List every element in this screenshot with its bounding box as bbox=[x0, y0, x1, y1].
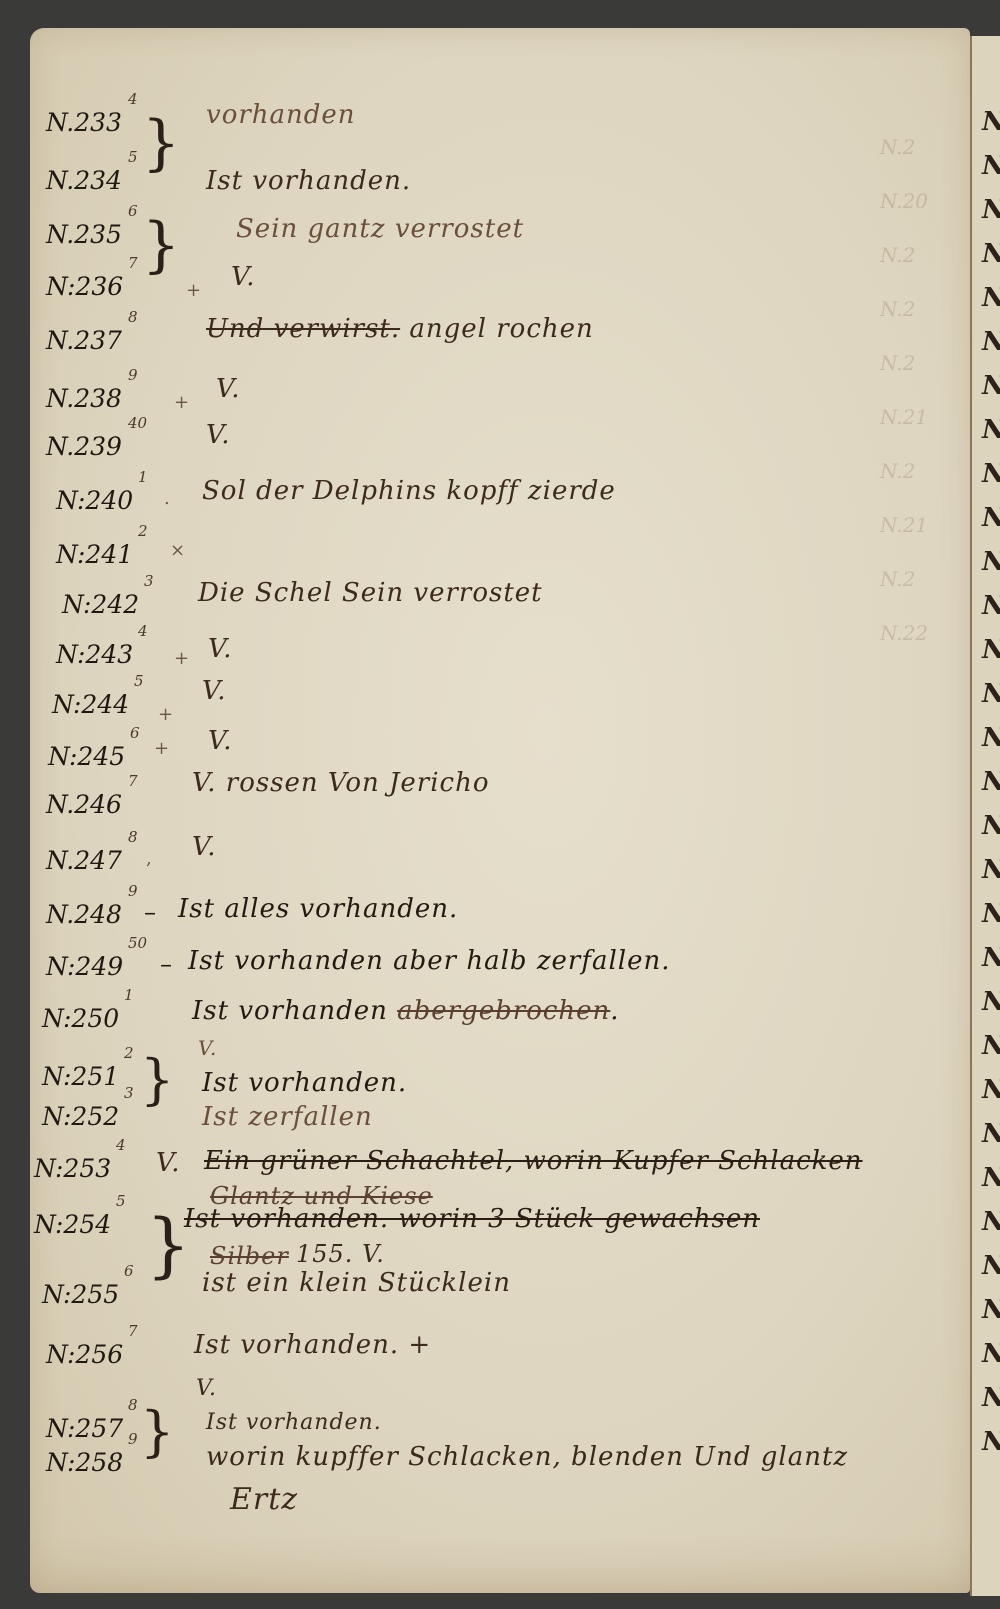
entry-text: Sol der Delphins kopff zierde bbox=[202, 476, 616, 506]
ledger-entry: N:243 4 + V. bbox=[56, 640, 956, 680]
entry-number: N.247 bbox=[46, 846, 156, 875]
entry-correction: 3 bbox=[144, 572, 154, 590]
ledger-entry: N:236 7 + V. bbox=[46, 272, 946, 312]
entry-number: N:245 bbox=[48, 742, 158, 771]
entry-text: Ist vorhanden bbox=[192, 996, 388, 1026]
entry-number: N:250 bbox=[42, 1004, 152, 1033]
entry-mark: , bbox=[146, 848, 152, 869]
entry-text: V. bbox=[231, 262, 256, 292]
ledger-entry: N.234 5 Ist vorhanden. bbox=[46, 166, 946, 206]
entry-number: N:253 bbox=[34, 1154, 144, 1183]
entry-correction: 8 bbox=[128, 828, 138, 846]
struck-text: Silber bbox=[210, 1242, 289, 1270]
ledger-entry: N:244 5 + V. bbox=[52, 690, 952, 730]
struck-text: Und verwirst. bbox=[206, 314, 400, 344]
entry-number: N.234 bbox=[46, 166, 156, 195]
entry-correction: 9 bbox=[128, 1430, 138, 1448]
entry-number: N:258 bbox=[46, 1448, 156, 1477]
entry-text: V. bbox=[202, 676, 227, 706]
entry-mark: + bbox=[174, 648, 189, 669]
entry-correction: 1 bbox=[124, 986, 134, 1004]
entry-text: ist ein klein Stücklein bbox=[202, 1268, 511, 1298]
entry-number: N:244 bbox=[52, 690, 162, 719]
entry-above-mark: V. bbox=[198, 1036, 217, 1060]
entry-correction: 5 bbox=[134, 672, 144, 690]
entry-correction: 2 bbox=[124, 1044, 134, 1062]
entry-text: V. bbox=[216, 374, 241, 404]
entry-text: Ist alles vorhanden. bbox=[178, 894, 458, 924]
entry-text-continuation: Ertz bbox=[230, 1482, 298, 1517]
entry-above-mark: V. bbox=[196, 1376, 217, 1401]
entry-text: V. bbox=[206, 420, 231, 450]
entry-correction: 4 bbox=[138, 622, 148, 640]
entry-mark: – bbox=[144, 898, 156, 926]
ledger-entry: N:242 3 Die Schel Sein verrostet bbox=[62, 590, 962, 630]
entry-correction: 9 bbox=[128, 882, 138, 900]
entry-number: N:254 bbox=[34, 1210, 144, 1239]
entry-number: N:255 bbox=[42, 1280, 152, 1309]
ledger-entry: N:249 50 – Ist vorhanden aber halb zerfa… bbox=[46, 952, 946, 992]
entry-correction: 5 bbox=[116, 1192, 126, 1210]
struck-text: Ist vorhanden. worin 3 Stück gewachsen bbox=[184, 1204, 760, 1234]
entry-mark: . bbox=[164, 488, 170, 509]
entry-number: N:243 bbox=[56, 640, 166, 669]
entry-text: V. bbox=[208, 726, 233, 756]
entry-number: N:256 bbox=[46, 1340, 156, 1369]
entry-correction: 6 bbox=[128, 202, 138, 220]
entry-correction: 9 bbox=[128, 366, 138, 384]
entry-number: N:242 bbox=[62, 590, 172, 619]
entry-correction: 7 bbox=[128, 772, 138, 790]
ledger-entry: N:252 3 Ist zerfallen bbox=[42, 1102, 942, 1142]
entry-correction: 3 bbox=[124, 1084, 134, 1102]
entry-correction: 8 bbox=[128, 308, 138, 326]
ledger-entry: N.239 40 V. bbox=[46, 432, 946, 472]
entry-number: N.246 bbox=[46, 790, 156, 819]
ledger-entry: N:256 7 Ist vorhanden. + bbox=[46, 1340, 946, 1380]
entry-correction: 6 bbox=[130, 724, 140, 742]
entry-number: N.233 bbox=[46, 108, 156, 137]
ledger-entry: N:255 6 ist ein klein Stücklein bbox=[42, 1280, 942, 1320]
entry-text: Sein gantz verrostet bbox=[236, 214, 524, 244]
entry-text: Ist vorhanden. bbox=[202, 1068, 407, 1098]
ledger-entry: N:253 4 V. Ein grüner Schachtel, worin K… bbox=[34, 1154, 934, 1194]
entry-text-line: Und verwirst. angel rochen bbox=[206, 314, 594, 344]
entry-number: N:241 bbox=[56, 540, 166, 569]
entry-correction: 6 bbox=[124, 1262, 134, 1280]
entry-text: Die Schel Sein verrostet bbox=[198, 578, 543, 608]
entry-text: worin kupffer Schlacken, blenden Und gla… bbox=[206, 1442, 848, 1472]
entry-mark: + bbox=[158, 704, 173, 725]
entry-correction: 4 bbox=[116, 1136, 126, 1154]
bracket: } bbox=[142, 210, 180, 280]
ledger-entry: N.248 9 – Ist alles vorhanden. bbox=[46, 900, 946, 940]
entry-text: angel rochen bbox=[409, 314, 593, 344]
entry-correction: 40 bbox=[128, 414, 147, 432]
entry-text-line: Ist vorhanden abergebrochen. bbox=[192, 996, 620, 1026]
struck-text: abergebrochen bbox=[397, 996, 610, 1026]
bracket: } bbox=[142, 108, 180, 178]
entry-number: N.239 bbox=[46, 432, 156, 461]
entry-text: Ist vorhanden. bbox=[206, 1410, 382, 1435]
ledger-entry: N:241 2 × bbox=[56, 540, 956, 580]
entry-correction: 50 bbox=[128, 934, 147, 952]
ledger-entry: N.246 7 V. rossen Von Jericho bbox=[46, 790, 946, 830]
entry-number: N:240 bbox=[56, 486, 166, 515]
entry-text: Ist vorhanden. bbox=[206, 166, 411, 196]
ledger-entry: N.237 8 Und verwirst. angel rochen bbox=[46, 326, 946, 366]
show-through-text: N.2N.20N.2N.2N.2N.21N.2N.21N.2N.22 bbox=[880, 120, 960, 660]
entry-mark: + bbox=[174, 392, 189, 413]
entry-correction: 2 bbox=[138, 522, 148, 540]
entry-number: N.238 bbox=[46, 384, 156, 413]
ledger-entry: N.233 4 vorhanden bbox=[46, 108, 946, 148]
adjacent-page-marks: NNNNNNNNNNNNNNNNNNNNNNNNNNNNNNN bbox=[982, 100, 1000, 1464]
entry-number: N:236 bbox=[46, 272, 156, 301]
ledger-entry: N:250 1 Ist vorhanden abergebrochen. bbox=[42, 1004, 942, 1044]
entry-mark: × bbox=[170, 540, 185, 561]
entry-number: N.235 bbox=[46, 220, 156, 249]
ledger-entry: N:245 6 + V. bbox=[48, 742, 948, 782]
ledger-entry: N:258 9 worin kupffer Schlacken, blenden… bbox=[46, 1448, 946, 1488]
bracket: } bbox=[146, 1204, 191, 1286]
entry-correction: 7 bbox=[128, 1322, 138, 1340]
entry-text: V. bbox=[208, 634, 233, 664]
entry-mark: + bbox=[186, 280, 201, 301]
entry-correction: 8 bbox=[128, 1396, 138, 1414]
entry-number: N:249 bbox=[46, 952, 156, 981]
entry-text: Ist vorhanden. + bbox=[194, 1330, 431, 1360]
entry-number: N:252 bbox=[42, 1102, 152, 1131]
ledger-entry: N:240 1 . Sol der Delphins kopff zierde bbox=[56, 486, 956, 526]
ledger-entry: N:251 2 V. Ist vorhanden. bbox=[42, 1062, 942, 1102]
entry-number: N.237 bbox=[46, 326, 156, 355]
entry-text: V. rossen Von Jericho bbox=[192, 768, 490, 798]
entry-number: N.248 bbox=[46, 900, 156, 929]
entry-number: N:251 bbox=[42, 1062, 152, 1091]
entry-text: Ist zerfallen bbox=[202, 1102, 373, 1132]
entry-text: V. bbox=[156, 1148, 181, 1178]
entry-text: vorhanden bbox=[206, 100, 356, 130]
struck-text: Ein grüner Schachtel, worin Kupfer Schla… bbox=[204, 1146, 863, 1176]
ledger-entry: N.235 6 Sein gantz verrostet bbox=[46, 220, 946, 260]
entry-correction: 4 bbox=[128, 90, 138, 108]
manuscript-page: N.233 4 vorhanden N.234 5 Ist vorhanden.… bbox=[30, 28, 970, 1593]
entry-text: 155. V. bbox=[296, 1240, 385, 1268]
entry-correction: 7 bbox=[128, 254, 138, 272]
entry-correction: 1 bbox=[138, 468, 148, 486]
entry-correction: 5 bbox=[128, 148, 138, 166]
entry-text: V. bbox=[192, 832, 217, 862]
entry-text: Ist vorhanden aber halb zerfallen. bbox=[188, 946, 671, 976]
ledger-entry: N.247 8 , V. bbox=[46, 846, 946, 886]
entry-mark: + bbox=[154, 738, 169, 759]
entry-mark: – bbox=[160, 950, 172, 978]
ledger-entry: N.238 9 + V. bbox=[46, 384, 946, 424]
